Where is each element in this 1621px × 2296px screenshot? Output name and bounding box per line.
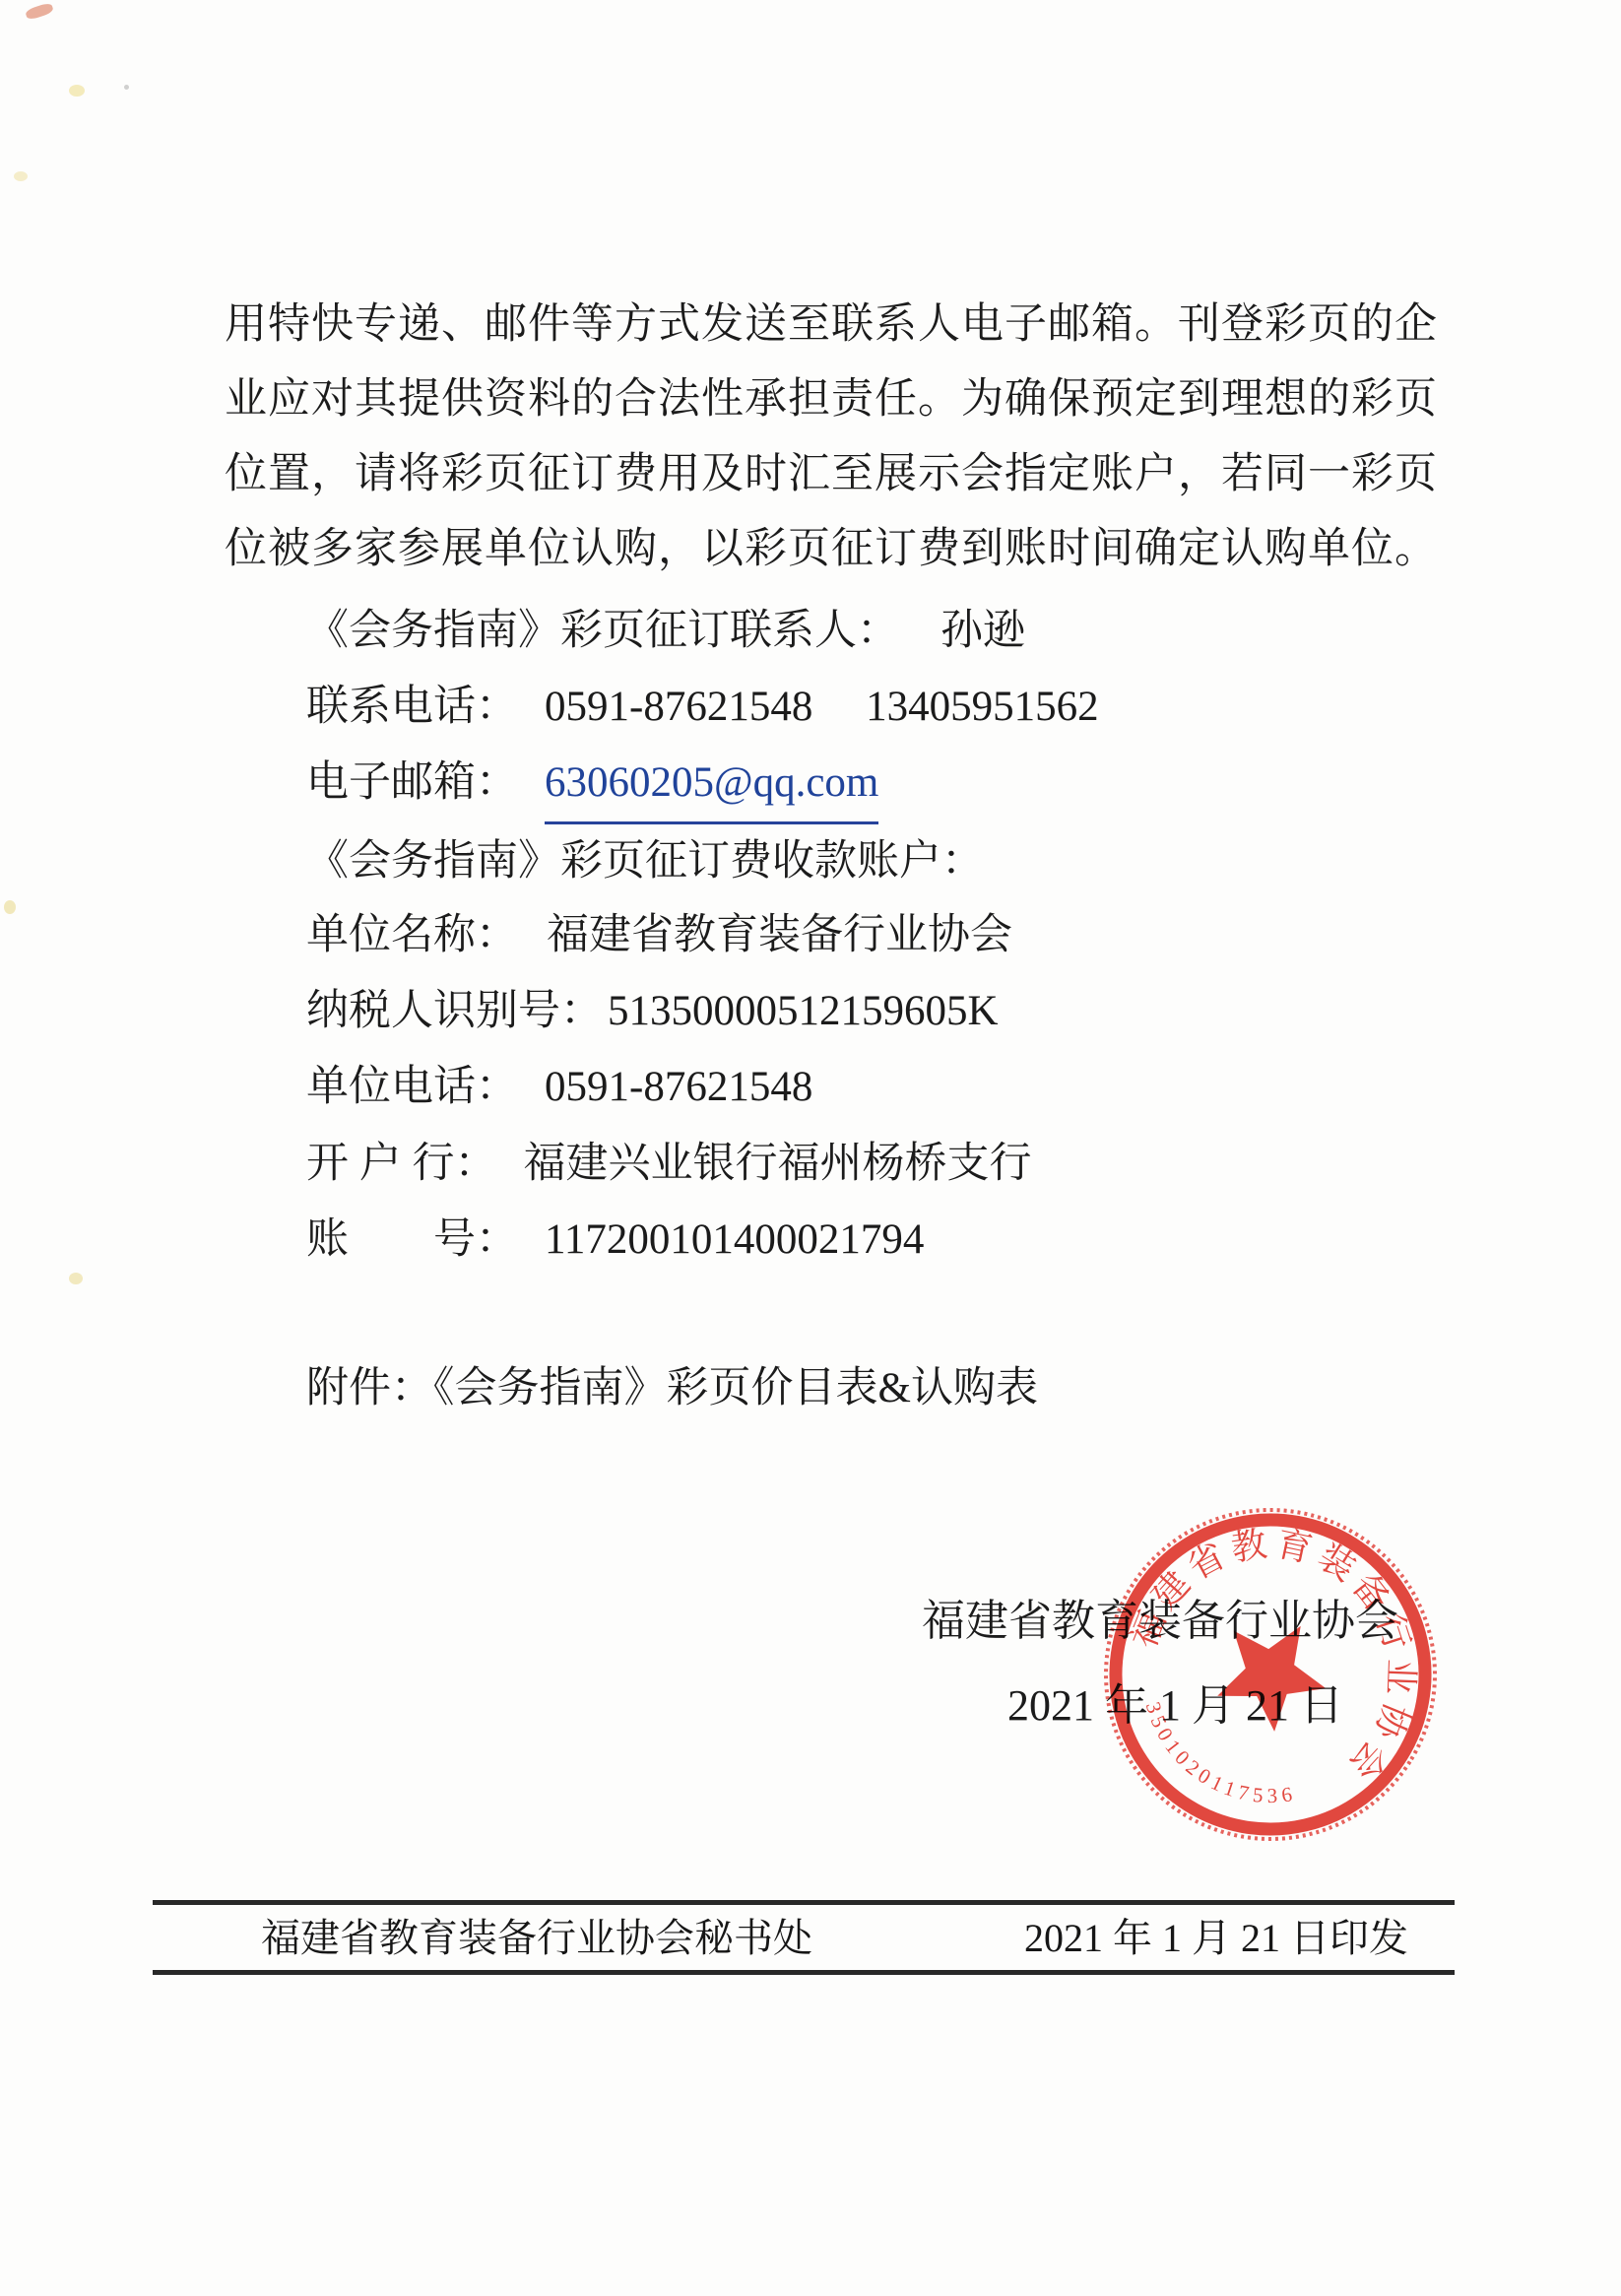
contact-phone-label: 联系电话： — [306, 684, 518, 730]
paragraph-line: 业应对其提供资料的合法性承担责任。为确保预定到理想的彩页 — [225, 362, 1438, 437]
payment-account-heading-line: 《会务指南》彩页征订费收款账户： — [306, 824, 984, 899]
taxpayer-id-value: 51350000512159605K — [608, 974, 999, 1049]
bank-label: 开 户 行： — [306, 1141, 497, 1187]
scan-artifact — [69, 85, 85, 97]
contact-person-line: 《会务指南》彩页征订联系人：孙逊 — [306, 594, 1025, 669]
unit-name-line: 单位名称：福建省教育装备行业协会 — [306, 898, 1012, 973]
email-link[interactable]: 63060205@qq.com — [545, 746, 878, 824]
email-label: 电子邮箱： — [306, 759, 518, 806]
bank-line: 开 户 行：福建兴业银行福州杨桥支行 — [306, 1127, 1032, 1202]
footer-print-date: 2021 年 1 月 21 日印发 — [1024, 1915, 1408, 1962]
paragraph-line: 位被多家参展单位认购，以彩页征订费到账时间确定认购单位。 — [225, 512, 1438, 587]
account-number-label: 账 号： — [306, 1216, 518, 1263]
taxpayer-id-label: 纳税人识别号： — [306, 988, 603, 1034]
contact-person-label: 《会务指南》彩页征订联系人： — [306, 608, 899, 654]
account-number-line: 账 号：117200101400021794 — [306, 1203, 924, 1278]
paragraph-line: 用特快专递、邮件等方式发送至联系人电子邮箱。刊登彩页的企 — [225, 288, 1438, 362]
scan-artifact — [4, 900, 16, 914]
document-page: 用特快专递、邮件等方式发送至联系人电子邮箱。刊登彩页的企 业应对其提供资料的合法… — [0, 0, 1621, 2296]
scan-artifact — [124, 85, 129, 90]
unit-name-label: 单位名称： — [306, 912, 518, 958]
account-number-value: 117200101400021794 — [545, 1203, 924, 1278]
body-paragraph: 用特快专递、邮件等方式发送至联系人电子邮箱。刊登彩页的企 业应对其提供资料的合法… — [225, 288, 1438, 587]
footer-bottom-rule — [153, 1970, 1455, 1975]
email-line: 电子邮箱：63060205@qq.com — [306, 746, 878, 824]
attachment-line: 附件：《会务指南》彩页价目表&认购表 — [306, 1351, 1038, 1426]
footer-top-rule — [153, 1900, 1455, 1905]
seal-graphic: 福建省教育装备行业协会 3501020117536 — [1026, 1430, 1515, 1919]
official-seal: 福建省教育装备行业协会 3501020117536 — [1026, 1430, 1515, 1919]
contact-phone-value: 0591-87621548 13405951562 — [545, 670, 1099, 745]
scan-artifact — [69, 1273, 83, 1284]
footer-issuer: 福建省教育装备行业协会秘书处 — [261, 1915, 812, 1962]
scan-artifact — [25, 2, 54, 21]
scan-artifact — [14, 171, 28, 181]
contact-person-value: 孙逊 — [940, 594, 1025, 669]
payment-account-heading: 《会务指南》彩页征订费收款账户： — [306, 838, 984, 885]
unit-phone-value: 0591-87621548 — [545, 1050, 812, 1125]
taxpayer-id-line: 纳税人识别号：51350000512159605K — [306, 974, 999, 1049]
unit-phone-label: 单位电话： — [306, 1064, 518, 1110]
bank-value: 福建兴业银行福州杨桥支行 — [524, 1127, 1032, 1202]
paragraph-line: 位置，请将彩页征订费用及时汇至展示会指定账户，若同一彩页 — [225, 437, 1438, 512]
seal-star-icon — [1200, 1598, 1346, 1742]
unit-phone-line: 单位电话：0591-87621548 — [306, 1050, 812, 1125]
unit-name-value: 福建省教育装备行业协会 — [547, 898, 1012, 973]
contact-phone-line: 联系电话：0591-87621548 13405951562 — [306, 670, 1099, 745]
